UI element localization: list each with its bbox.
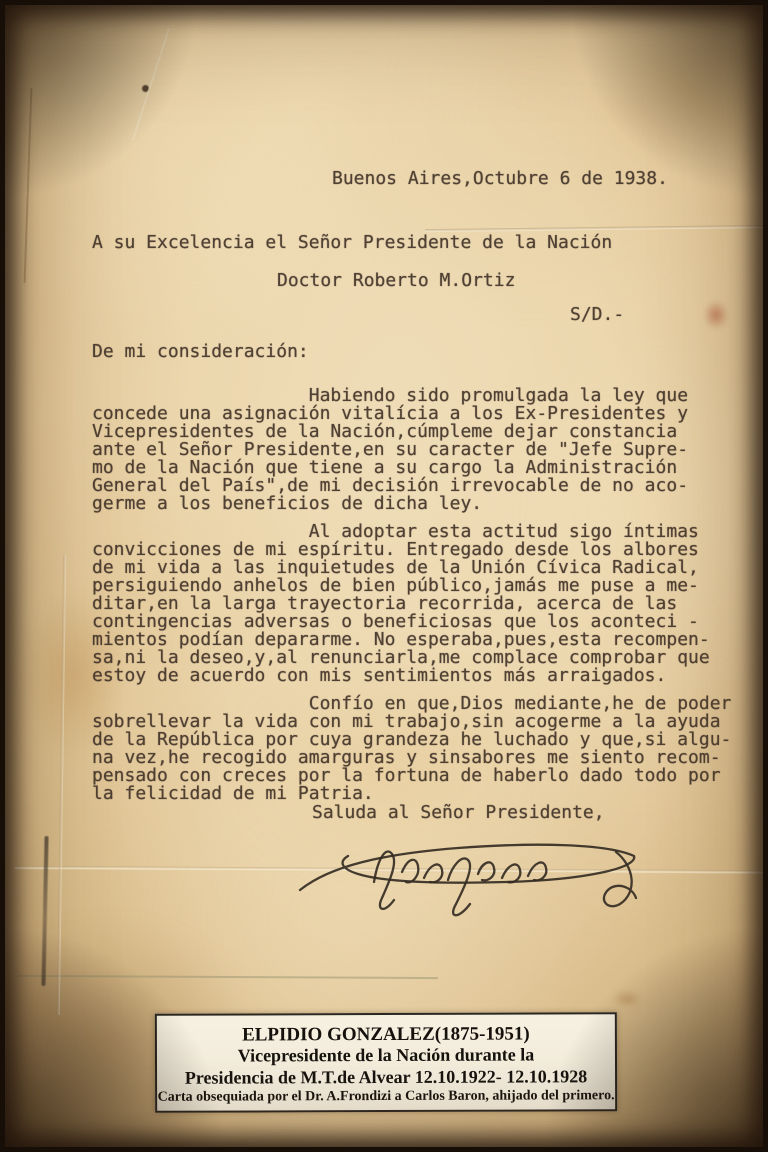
letter-closing: Saluda al Señor Presidente, xyxy=(312,804,605,822)
letter-paragraph-1: Habiendo sido promulgada la ley queconce… xyxy=(92,387,752,513)
typed-line: estoy de acuerdo con mis sentimientos má… xyxy=(92,667,752,685)
caption-provenance: Carta obsequiada por el Dr. A.Frondizi a… xyxy=(157,1087,615,1107)
handwritten-signature xyxy=(286,824,648,920)
caption-name: ELPIDIO GONZALEZ(1875-1951) xyxy=(157,1023,615,1046)
letter-salutation: De mi consideración: xyxy=(92,343,309,361)
letter-addressee-title: A su Excelencia el Señor Presidente de l… xyxy=(92,234,612,252)
letter-addressee-name: Doctor Roberto M.Ortiz xyxy=(277,272,515,290)
typed-line: la felicidad de mi Patria. xyxy=(92,785,752,803)
letter-paragraph-3: Confío en que,Dios mediante,he de poders… xyxy=(92,695,752,803)
typed-line: germe a los beneficios de dicha ley. xyxy=(92,495,752,513)
photograph-of-letter: Buenos Aires,Octubre 6 de 1938. A su Exc… xyxy=(0,0,768,1152)
letter-destination: S/D.- xyxy=(570,306,624,324)
letter-date: Buenos Aires,Octubre 6 de 1938. xyxy=(332,170,668,188)
caption-presidency: Presidencia de M.T.de Alvear 12.10.1922-… xyxy=(157,1065,615,1089)
letter-paragraph-2: Al adoptar esta actitud sigo íntimasconv… xyxy=(92,523,752,685)
caption-box: ELPIDIO GONZALEZ(1875-1951) Vicepresiden… xyxy=(155,1012,617,1113)
caption-role: Vicepresidente de la Nación durante la xyxy=(157,1044,615,1067)
